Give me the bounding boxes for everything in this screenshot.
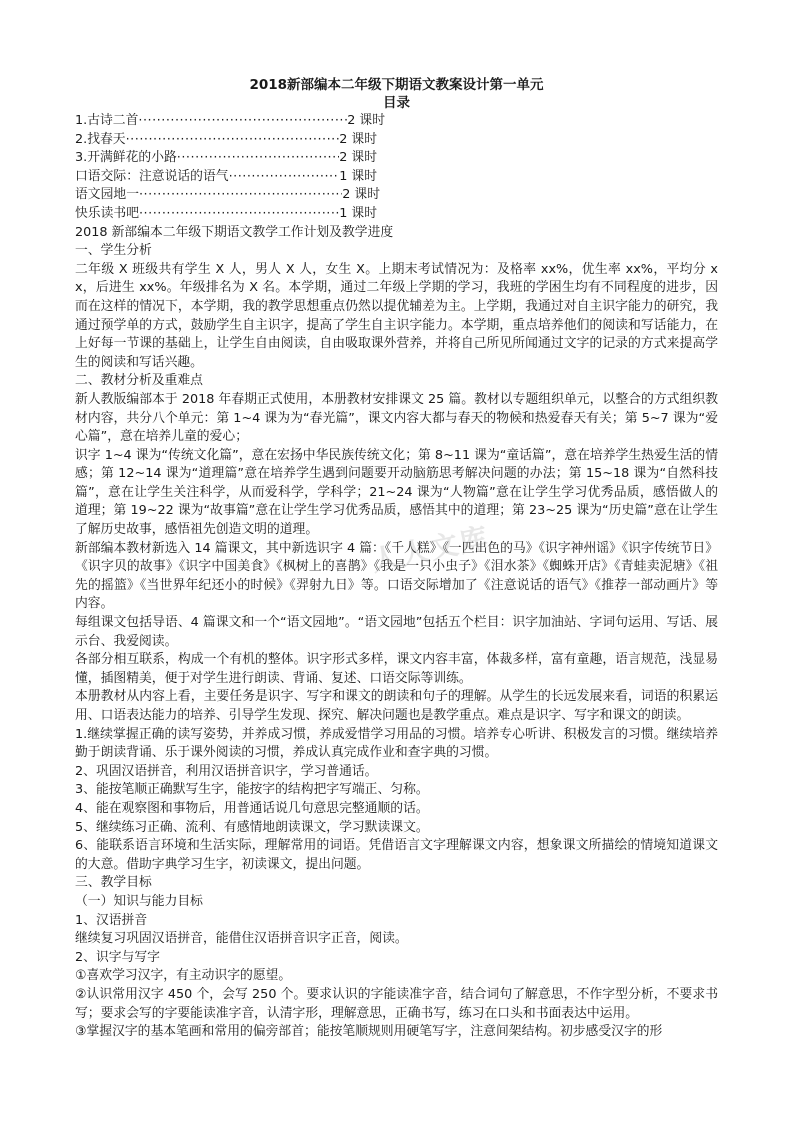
toc-leader-dots (177, 149, 339, 168)
toc-entry-hours: 2 课时 (339, 149, 377, 168)
list-item: 5、继续练习正确、流利、有感情地朗读课文，学习默读课文。 (75, 819, 718, 838)
paragraph: 继续复习巩固汉语拼音，能借住汉语拼音识字正音，阅读。 (75, 930, 718, 949)
paragraph: 每组课文包括导语、4 篇课文和一个“语文园地”。“语文园地”包括五个栏目：识字加… (75, 614, 718, 651)
toc-heading: 目录 (75, 94, 718, 112)
student-analysis-paragraph: 二年级 X 班级共有学生 X 人，男人 X 人，女生 X。上期末考试情况为：及格… (75, 261, 718, 373)
item-heading: 2、识字与写字 (75, 949, 718, 968)
table-of-contents: 1.古诗二首 2 课时 2.找春天 2 课时 3.开满鲜花的小路 2 课时 口语… (75, 112, 718, 224)
toc-entry-hours: 1 课时 (339, 168, 377, 187)
section-heading: 一、学生分析 (75, 242, 718, 261)
section-heading: 三、教学目标 (75, 874, 718, 893)
list-item: ②认识常用汉字 450 个，会写 250 个。要求认识的字能读准字音，结合词句了… (75, 986, 718, 1023)
toc-entry-hours: 1 课时 (339, 205, 377, 224)
toc-leader-dots (139, 205, 339, 224)
list-item: 6、能联系语言环境和生活实际，理解常用的词语。凭借语言文字理解课文内容，想象课文… (75, 837, 718, 874)
toc-entry-label: 口语交际：注意说话的语气 (75, 168, 229, 187)
toc-entry[interactable]: 2.找春天 2 课时 (75, 131, 377, 150)
list-item: 3、能按笔顺正确默写生字，能按字的结构把字写端正、匀称。 (75, 781, 718, 800)
paragraph: 本册教材从内容上看，主要任务是识字、写字和课文的朗读和句子的理解。从学生的长远发… (75, 688, 718, 725)
document-page: 2018新部编本二年级下期语文教案设计第一单元 目录 1.古诗二首 2 课时 2… (75, 76, 718, 1042)
toc-entry[interactable]: 口语交际：注意说话的语气 1 课时 (75, 168, 377, 187)
toc-entry-label: 2.找春天 (75, 131, 126, 150)
toc-entry-label: 语文园地一 (75, 186, 139, 205)
item-heading: 1、汉语拼音 (75, 912, 718, 931)
list-item: 2、巩固汉语拼音，利用汉语拼音识字，学习普通话。 (75, 763, 718, 782)
list-item: 1.继续掌握正确的读写姿势，并养成习惯，养成爱惜学习用品的习惯。培养专心听讲、积… (75, 726, 718, 763)
paragraph: 新部编本教材新选入 14 篇课文，其中新选识字 4 篇：《千人糕》《一匹出色的马… (75, 540, 718, 614)
toc-entry[interactable]: 快乐读书吧 1 课时 (75, 205, 377, 224)
toc-entry-label: 快乐读书吧 (75, 205, 139, 224)
paragraph: 识字 1~4 课为“传统文化篇”，意在宏扬中华民族传统文化；第 8~11 课为“… (75, 447, 718, 540)
list-item: ③掌握汉字的基本笔画和常用的偏旁部首；能按笔顺规则用硬笔写字，注意间架结构。初步… (75, 1023, 718, 1042)
list-item: 4、能在观察图和事物后，用普通话说几句意思完整通顺的话。 (75, 800, 718, 819)
plan-title: 2018 新部编本二年级下期语文教学工作计划及教学进度 (75, 224, 718, 243)
document-title: 2018新部编本二年级下期语文教案设计第一单元 (75, 76, 718, 94)
toc-entry-label: 3.开满鲜花的小路 (75, 149, 177, 168)
paragraph: 各部分相互联系，构成一个有机的整体。识字形式多样，课文内容丰富，体裁多样，富有童… (75, 651, 718, 688)
toc-entry[interactable]: 3.开满鲜花的小路 2 课时 (75, 149, 377, 168)
toc-leader-dots (229, 168, 340, 187)
toc-entry-label: 1.古诗二首 (75, 112, 138, 131)
toc-leader-dots (138, 112, 347, 131)
toc-leader-dots (126, 131, 340, 150)
toc-leader-dots (139, 186, 342, 205)
toc-entry-hours: 2 课时 (347, 112, 385, 131)
toc-entry[interactable]: 1.古诗二首 2 课时 (75, 112, 385, 131)
toc-entry[interactable]: 语文园地一 2 课时 (75, 186, 380, 205)
list-item: ①喜欢学习汉字，有主动识字的愿望。 (75, 967, 718, 986)
subsection-heading: （一）知识与能力目标 (75, 893, 718, 912)
toc-entry-hours: 2 课时 (342, 186, 380, 205)
section-heading: 二、教材分析及重难点 (75, 372, 718, 391)
toc-entry-hours: 2 课时 (339, 131, 377, 150)
paragraph: 新人教版编部本于 2018 年春期正式使用，本册教材安排课文 25 篇。教材以专… (75, 391, 718, 447)
